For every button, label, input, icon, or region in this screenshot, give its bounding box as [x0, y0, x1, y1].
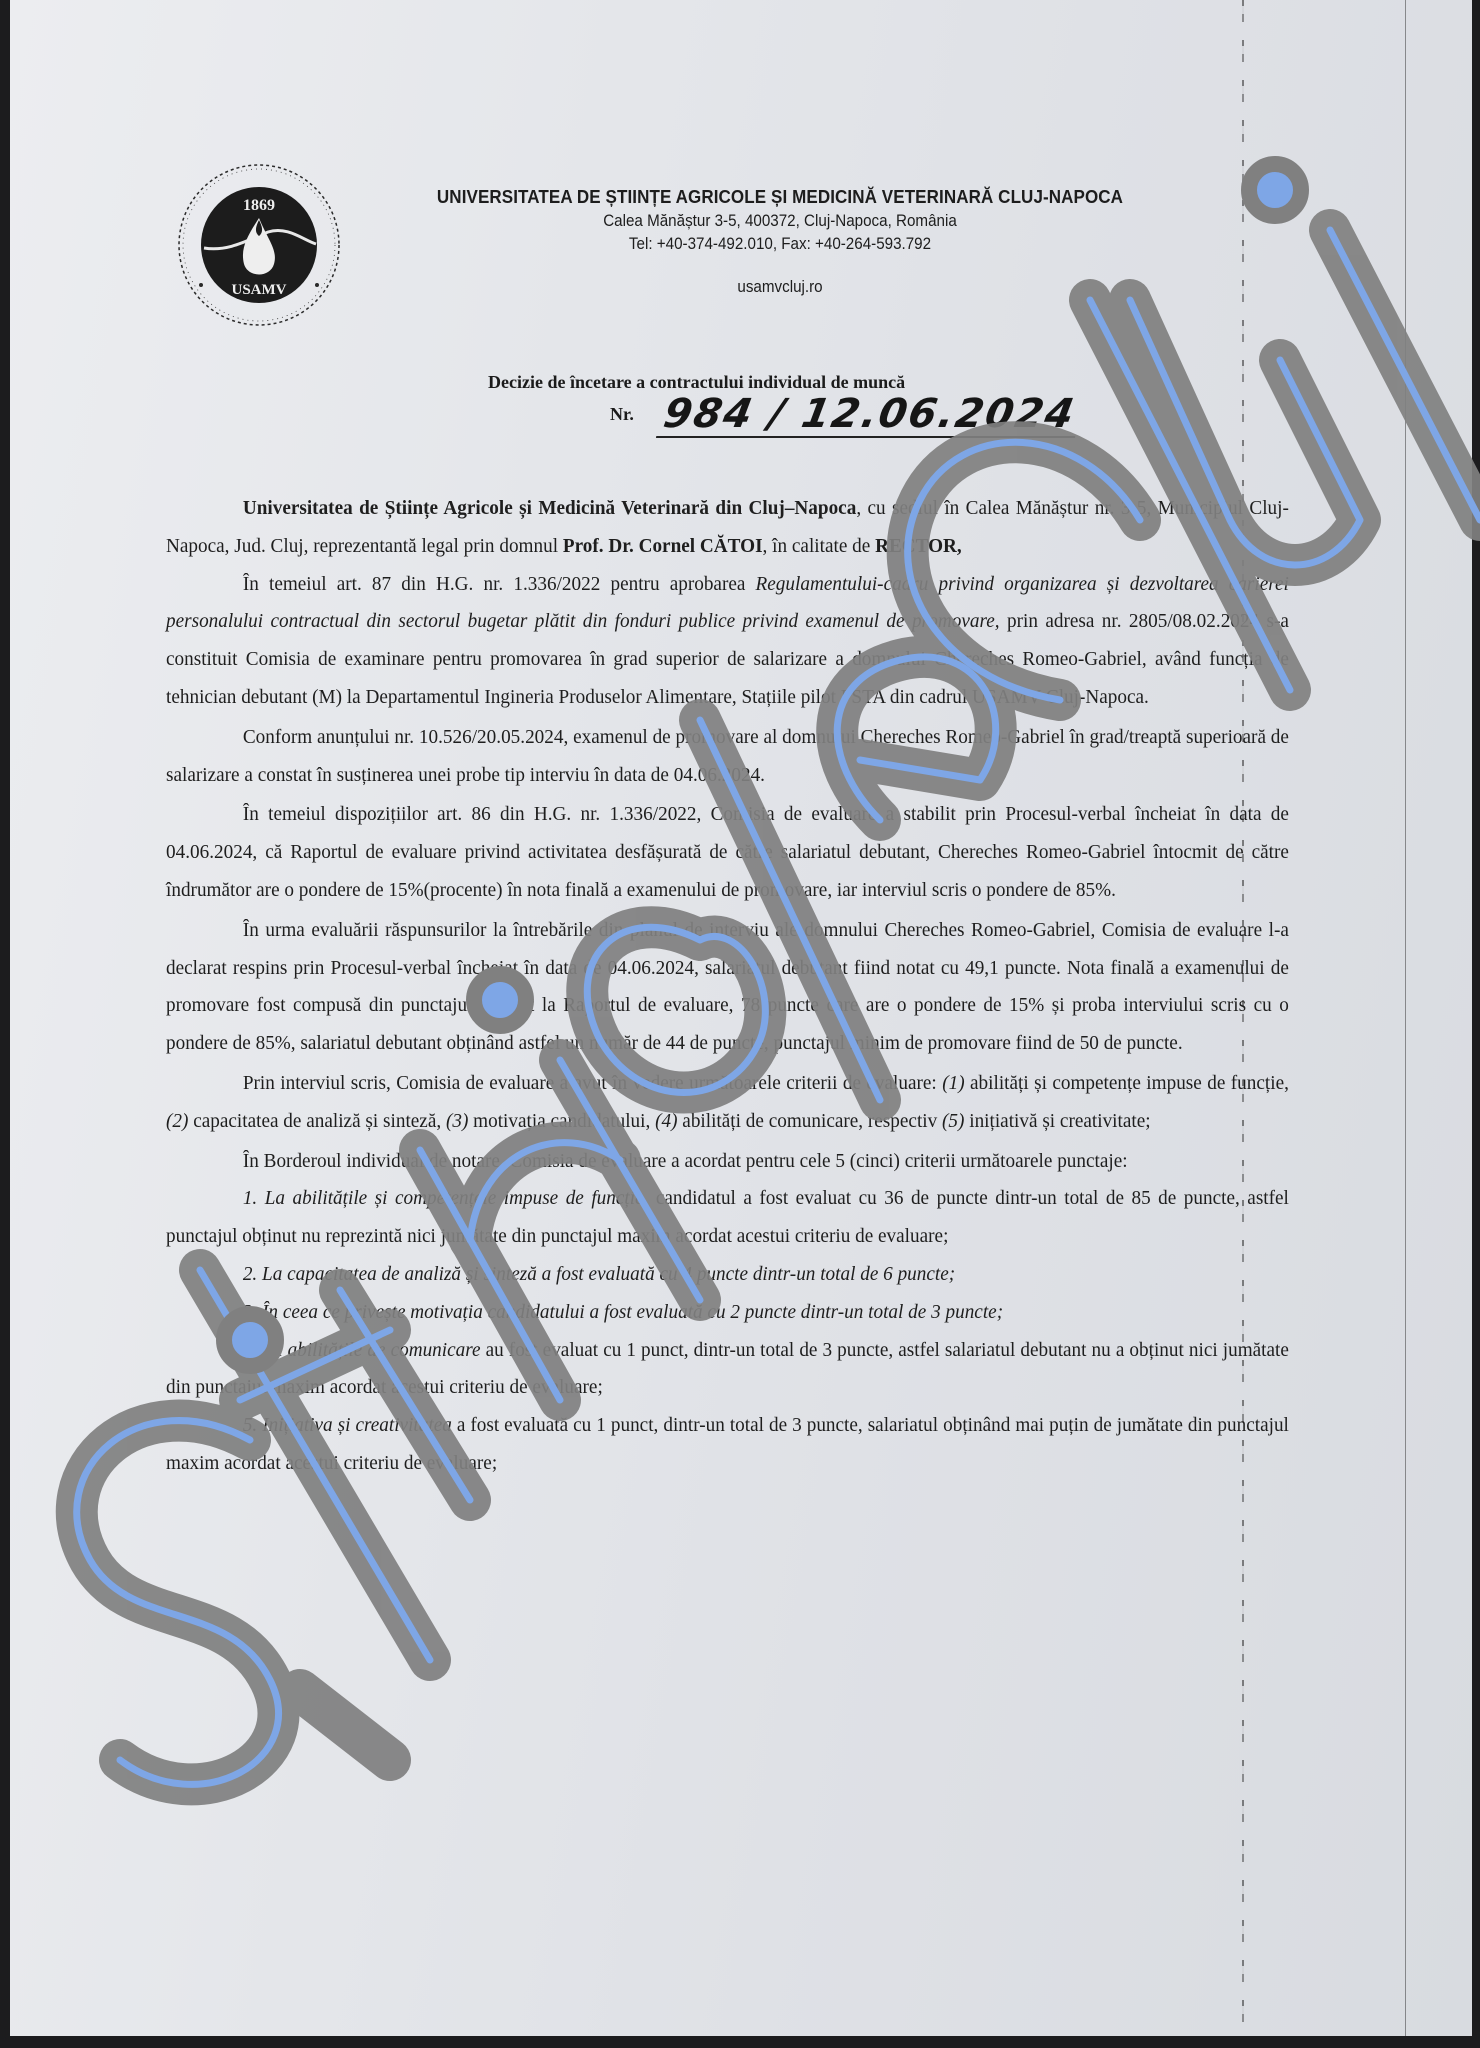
document-title: Decizie de încetare a contractului indiv…: [488, 372, 905, 393]
criterion-item: 4. La abilitățile de comunicare au fost …: [166, 1332, 1289, 1408]
document-number-label: Nr.: [610, 404, 634, 425]
university-name: UNIVERSITATEA DE ȘTIINȚE AGRICOLE ȘI MED…: [412, 186, 1148, 208]
handwritten-number-date: 984 / 12.06.2024: [656, 392, 1083, 438]
paragraph-scoring-intro: În Borderoul individual de notare, Comis…: [166, 1143, 1289, 1181]
criterion-item: 2. La capacitatea de analiză și sinteză …: [166, 1256, 1289, 1294]
university-address: Calea Mănăștur 3-5, 400372, Cluj-Napoca,…: [412, 212, 1148, 231]
usamv-seal-icon: 1869 USAMV: [168, 160, 350, 330]
paragraph-evaluation-weights: În temeiul dispozițiilor art. 86 din H.G…: [166, 796, 1289, 909]
document-body: Universitatea de Științe Agricole și Med…: [166, 490, 1306, 1483]
paragraph-employer: Universitatea de Științe Agricole și Med…: [166, 490, 1289, 566]
university-phone: Tel: +40-374-492.010, Fax: +40-264-593.7…: [412, 235, 1148, 254]
paragraph-legal-basis: În temeiul art. 87 din H.G. nr. 1.336/20…: [166, 566, 1289, 717]
criterion-item: 3. În ceea ce privește motivația candida…: [166, 1294, 1289, 1332]
criteria-scores-list: 1. La abilitățile și competențele impuse…: [166, 1180, 1306, 1482]
paper-edge-line: [1405, 0, 1406, 2036]
criterion-item: 5. Inițiativa și creativitatea a fost ev…: [166, 1407, 1289, 1483]
letterhead: UNIVERSITATEA DE ȘTIINȚE AGRICOLE ȘI MED…: [380, 186, 1180, 297]
svg-text:USAMV: USAMV: [232, 282, 287, 298]
svg-text:1869: 1869: [243, 197, 275, 214]
paragraph-result: În urma evaluării răspunsurilor la între…: [166, 912, 1289, 1063]
paragraph-criteria: Prin interviul scris, Comisia de evaluar…: [166, 1065, 1289, 1141]
university-website: usamvcluj.ro: [412, 278, 1148, 297]
paragraph-announcement: Conform anunțului nr. 10.526/20.05.2024,…: [166, 719, 1289, 795]
criterion-item: 1. La abilitățile și competențele impuse…: [166, 1180, 1289, 1256]
